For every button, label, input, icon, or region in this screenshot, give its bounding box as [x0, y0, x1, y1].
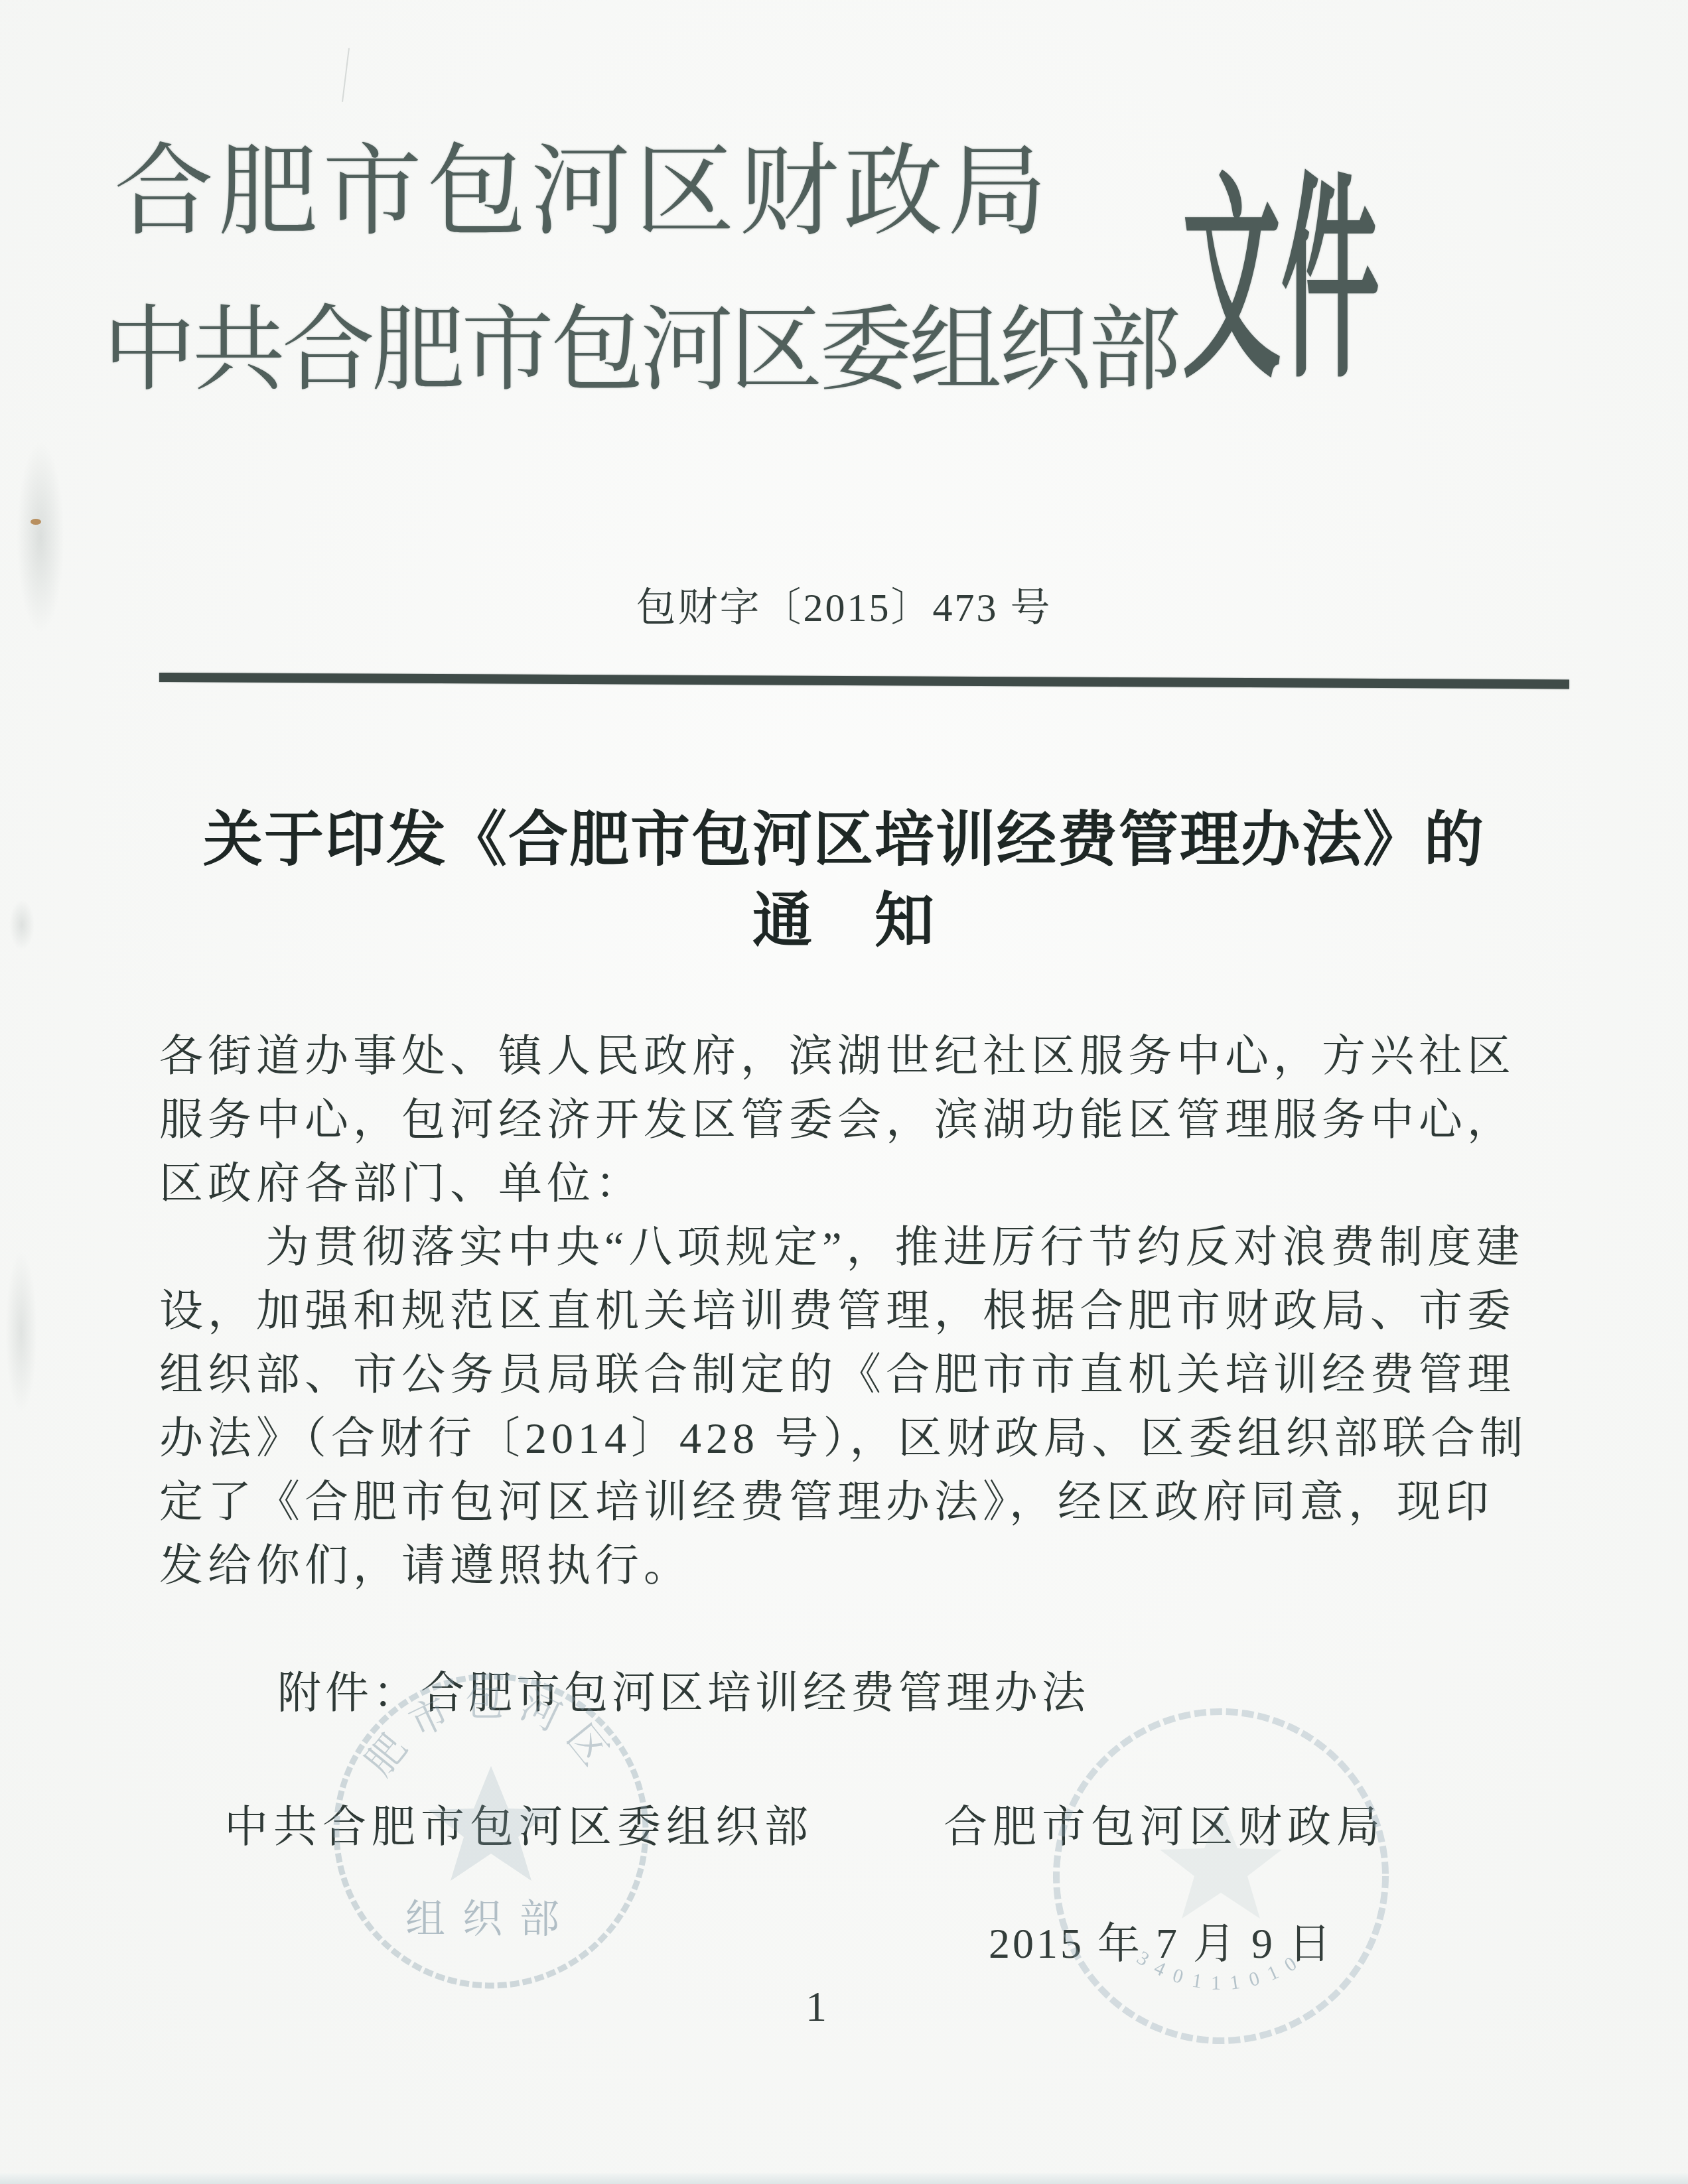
document-title-line-2: 通 知	[0, 872, 1688, 958]
letterhead-issuer-line-1: 合肥市包河区财政局	[114, 138, 1052, 247]
scan-hairline	[342, 48, 350, 102]
body-line: 为贯彻落实中央“八项规定”，推进厉行节约反对浪费制度建	[159, 1216, 1539, 1280]
letterhead-doc-type-label: 文件	[1182, 174, 1379, 393]
body-line: 发给你们，请遵照执行。	[159, 1535, 1539, 1598]
seal-star-icon	[428, 1766, 554, 1881]
document-number: 包财字〔2015〕473 号	[0, 576, 1688, 633]
body-line: 服务中心，包河经济开发区管委会，滨湖功能区管理服务中心，	[159, 1089, 1539, 1152]
scan-speck	[31, 519, 41, 525]
body-line: 各街道办事处、镇人民政府，滨湖世纪社区服务中心，方兴社区	[159, 1025, 1539, 1089]
body-line: 设，加强和规范区直机关培训费管理，根据合肥市财政局、市委	[159, 1280, 1539, 1343]
scanned-document-page: 合肥市包河区财政局 中共合肥市包河区委组织部 文件 包财字〔2015〕473 号…	[0, 0, 1688, 2184]
scan-smudge	[5, 1251, 37, 1413]
scan-edge-shadow	[0, 2173, 1688, 2184]
page-number: 1	[793, 1982, 839, 2031]
body-line: 定了《合肥市包河区培训经费管理办法》，经区政府同意，现印	[159, 1471, 1539, 1535]
letterhead-divider-rule	[159, 673, 1569, 689]
letterhead-issuer-line-2: 中共合肥市包河区委组织部	[103, 300, 1178, 402]
body-line: 区政府各部门、单位：	[159, 1152, 1539, 1216]
seal-code-text: 340111010	[1133, 1946, 1309, 1994]
document-body: 各街道办事处、镇人民政府，滨湖世纪社区服务中心，方兴社区 服务中心，包河经济开发…	[159, 1025, 1539, 1598]
seal-bottom-text: 组织部	[405, 1897, 577, 1941]
seal-star-icon	[1160, 1807, 1282, 1919]
body-line: 办法》（合财行〔2014〕428 号），区财政局、区委组织部联合制	[159, 1407, 1539, 1471]
left-seal-stamp: 肥市包河区 组织部	[322, 1662, 660, 2000]
right-seal-stamp: 340111010	[1040, 1696, 1402, 2057]
document-title-line-1: 关于印发《合肥市包河区培训经费管理办法》的	[0, 791, 1688, 877]
body-line: 组织部、市公务员局联合制定的《合肥市市直机关培训经费管理	[159, 1343, 1539, 1407]
